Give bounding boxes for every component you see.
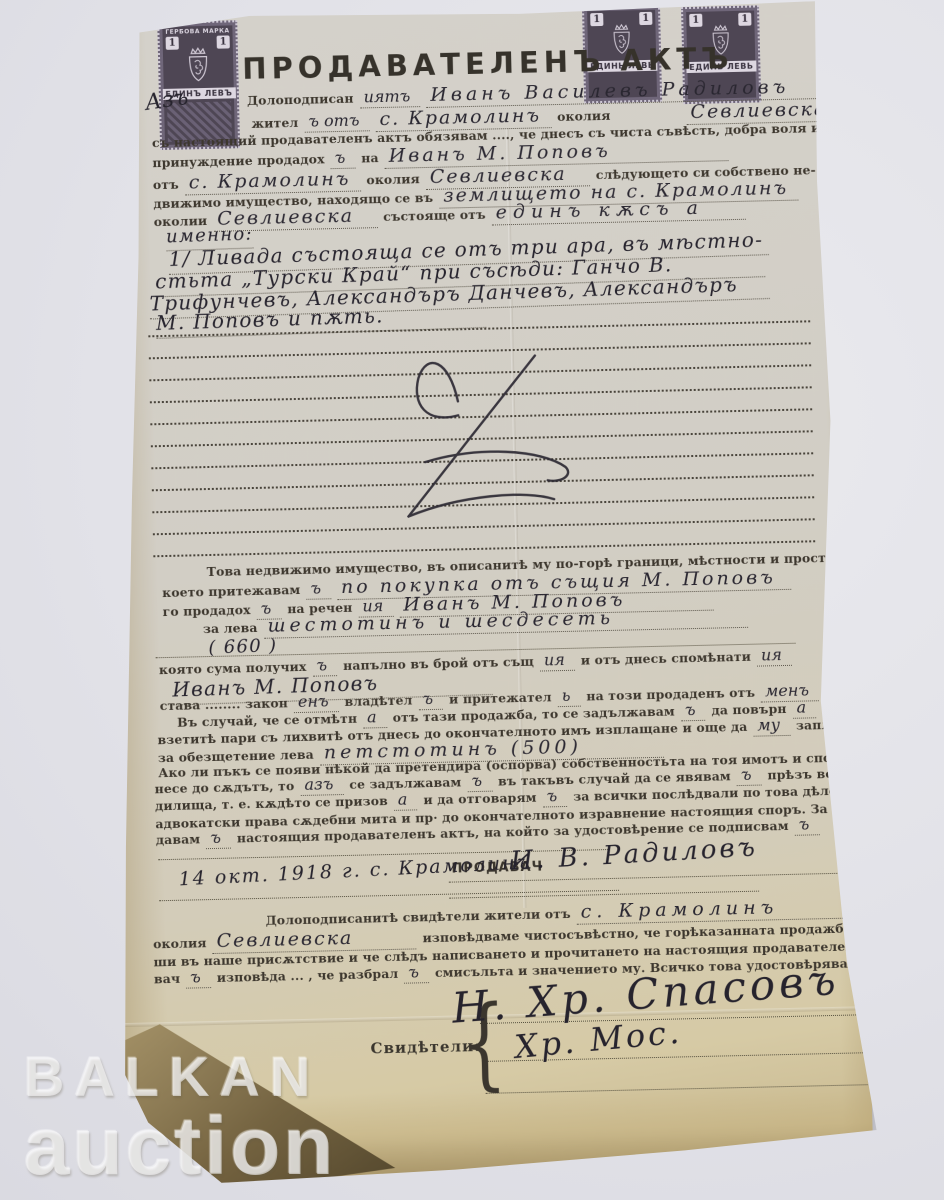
printed-text: жител [251,115,298,131]
printed-text: околия [153,935,207,951]
stamp-value: 1 [689,14,702,27]
handwritten-text: ъ [330,150,355,169]
printed-text: околия [557,108,611,124]
printed-text: давам [156,831,201,847]
stamp-value: 1 [166,37,179,50]
handwritten-text: иятъ [359,88,420,108]
stamp-value: 1 [738,13,751,26]
printed-text: става ........ закон [160,695,289,713]
handwritten-text: ъ [404,964,429,983]
printed-text: отъ [153,177,179,193]
stamp-value: 1 [590,13,603,26]
printed-text: което притежавам [162,582,300,600]
dark-corner-fold [122,1019,396,1187]
cancellation-flourish [307,340,591,546]
printed-text: имотъ. [825,682,876,698]
printed-text: на [361,150,379,165]
handwritten-text: му [753,717,790,737]
handwritten-text: ъ [794,816,819,835]
printed-text: несе до сѫдътъ, то [154,778,294,796]
printed-text: състояще отъ [383,207,486,224]
printed-text: за лева [203,620,258,636]
printed-text: околия [366,171,420,187]
printed-text: принуждение продадох [152,151,325,170]
printed-text: изповѣда ... , че разбрал [217,966,399,985]
stamp-value: 1 [217,35,230,48]
photographed-document-scene: { "watermark":{"line1":"BALKAN","line2":… [0,0,944,1200]
printed-text: прѣзъ всички лица и сѫ- [767,763,944,782]
printed-text: и отъ днесь спомѣнати [581,649,752,668]
handwritten-text: ъ [186,969,211,988]
handwritten-text: ия [540,652,575,672]
handwritten-text: ъ [206,830,231,849]
stamp-header-label: ГЕРБОВА МАРКА [165,27,230,35]
blank-rule [486,1084,876,1094]
handwritten-count: единъ кѫсъ а [491,198,745,226]
document-paper: ГЕРБОВА МАРКА 1 1 ЕДИНЪ ЛЕВЪ 1 1 [99,0,873,1187]
revenue-stamp-left: ГЕРБОВА МАРКА 1 1 ЕДИНЪ ЛЕВЪ [157,20,240,150]
stamp-value: 1 [639,12,652,25]
coat-of-arms-icon [181,46,216,87]
handwritten-text: му [871,796,916,818]
handwritten-price-number: ( 660 ) [208,635,278,661]
handwritten-text: я [852,715,877,734]
printed-text: заплат [796,717,847,733]
handwritten-text: ия [757,647,792,667]
printed-text: вач [154,971,181,987]
printed-text: Долоподписан [247,91,354,108]
printed-text: владѣтел [344,692,412,709]
printed-text: и притежател [449,689,552,706]
